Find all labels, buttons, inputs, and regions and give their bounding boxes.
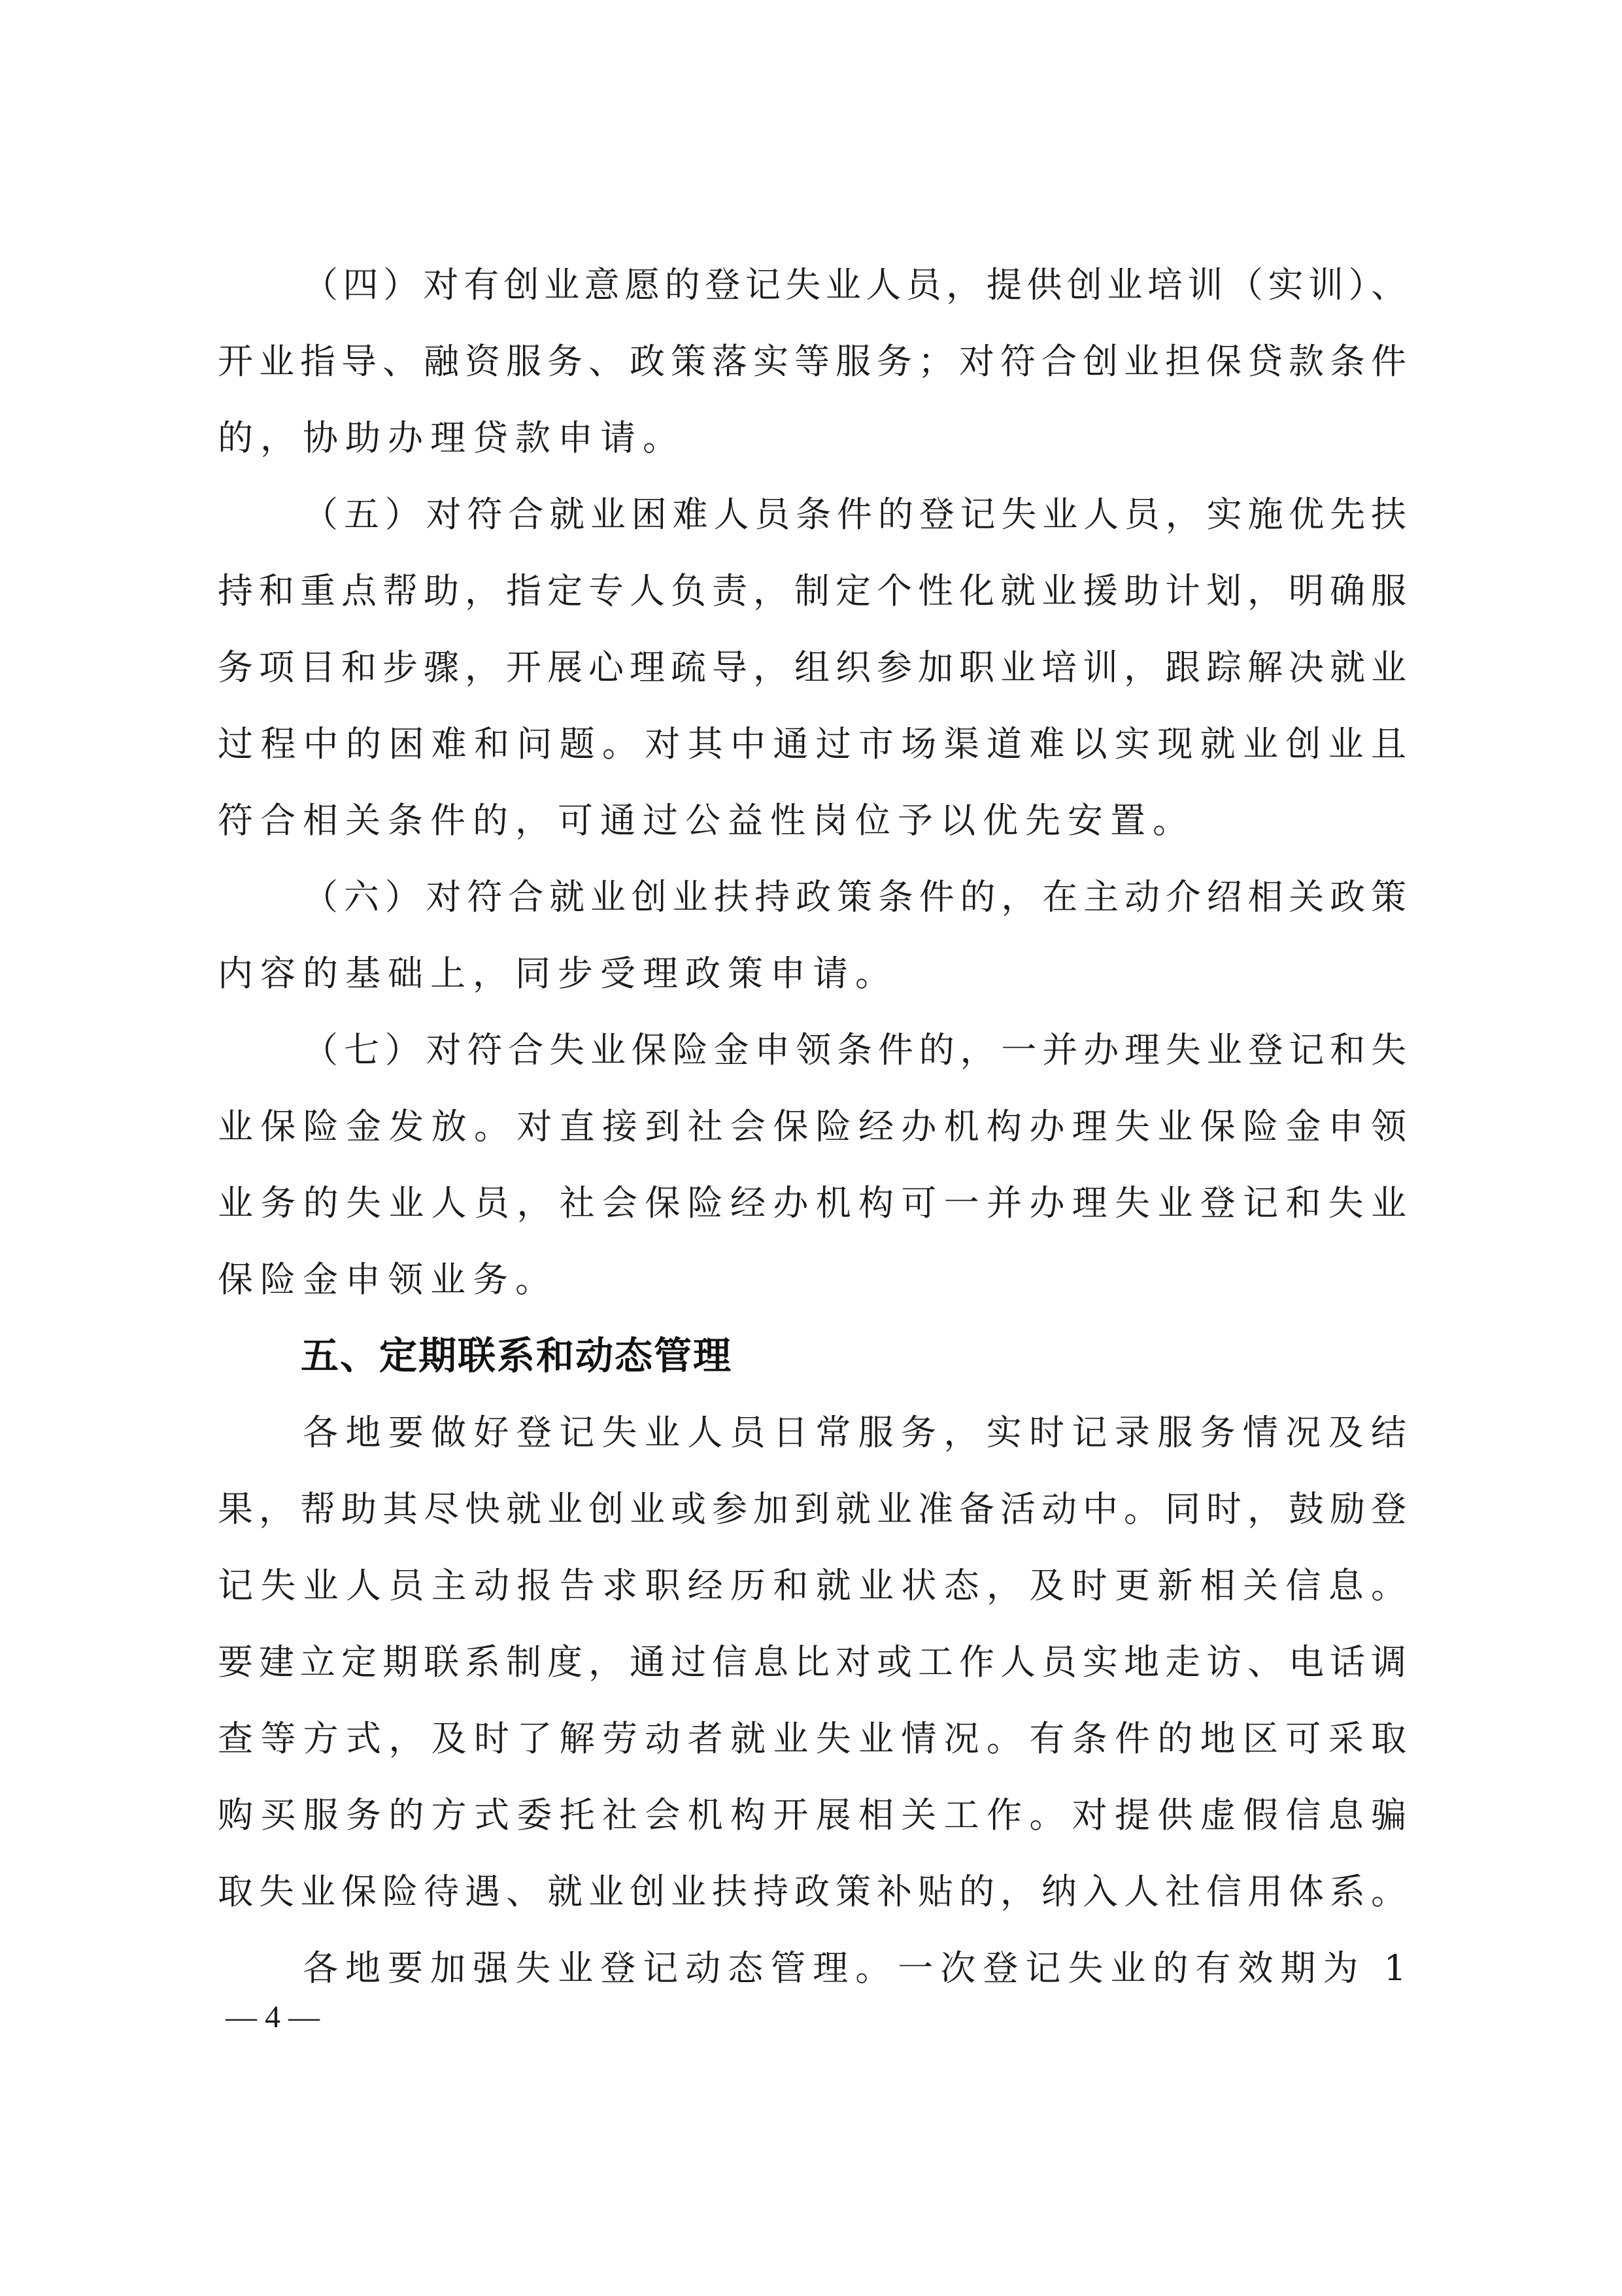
paragraph-line: 记失业人员主动报告求职经历和就业状态，及时更新相关信息。 [218, 1547, 1408, 1624]
paragraph-line: （五）对符合就业困难人员条件的登记失业人员，实施优先扶 [303, 476, 1408, 553]
paragraph-line: 内容的基础上，同步受理政策申请。 [218, 935, 1408, 1012]
paragraph-line: 各地要加强失业登记动态管理。一次登记失业的有效期为 1 [303, 1930, 1408, 2006]
paragraph-line: 购买服务的方式委托社会机构开展相关工作。对提供虚假信息骗 [218, 1777, 1408, 1853]
document-page: （四）对有创业意愿的登记失业人员，提供创业培训（实训）、 开业指导、融资服务、政… [0, 0, 1622, 2296]
paragraph-line: （六）对符合就业创业扶持政策条件的，在主动介绍相关政策 [303, 859, 1408, 935]
paragraph-line: 的，协助办理贷款申请。 [218, 400, 1408, 476]
paragraph-line: 查等方式，及时了解劳动者就业失业情况。有条件的地区可采取 [218, 1700, 1408, 1777]
page-number: — 4 — [226, 1995, 320, 2040]
paragraph-line: 果，帮助其尽快就业创业或参加到就业准备活动中。同时，鼓励登 [218, 1471, 1408, 1547]
paragraph-line: 符合相关条件的，可通过公益性岗位予以优先安置。 [218, 782, 1408, 859]
paragraph-line: 开业指导、融资服务、政策落实等服务；对符合创业担保贷款条件 [218, 323, 1408, 400]
paragraph-line: 各地要做好登记失业人员日常服务，实时记录服务情况及结 [303, 1394, 1408, 1471]
paragraph-line: 持和重点帮助，指定专人负责，制定个性化就业援助计划，明确服 [218, 553, 1408, 629]
paragraph-line: （七）对符合失业保险金申领条件的，一并办理失业登记和失 [303, 1012, 1408, 1088]
paragraph-line: 要建立定期联系制度，通过信息比对或工作人员实地走访、电话调 [218, 1624, 1408, 1700]
section-heading: 五、定期联系和动态管理 [301, 1318, 732, 1394]
paragraph-line: 业保险金发放。对直接到社会保险经办机构办理失业保险金申领 [218, 1088, 1408, 1165]
paragraph-line: （四）对有创业意愿的登记失业人员，提供创业培训（实训）、 [303, 247, 1408, 323]
paragraph-line: 取失业保险待遇、就业创业扶持政策补贴的，纳入人社信用体系。 [218, 1853, 1408, 1930]
paragraph-line: 业务的失业人员，社会保险经办机构可一并办理失业登记和失业 [218, 1165, 1408, 1241]
paragraph-line: 务项目和步骤，开展心理疏导，组织参加职业培训，跟踪解决就业 [218, 629, 1408, 706]
paragraph-line: 保险金申领业务。 [218, 1241, 1408, 1318]
paragraph-line: 过程中的困难和问题。对其中通过市场渠道难以实现就业创业且 [218, 706, 1408, 782]
